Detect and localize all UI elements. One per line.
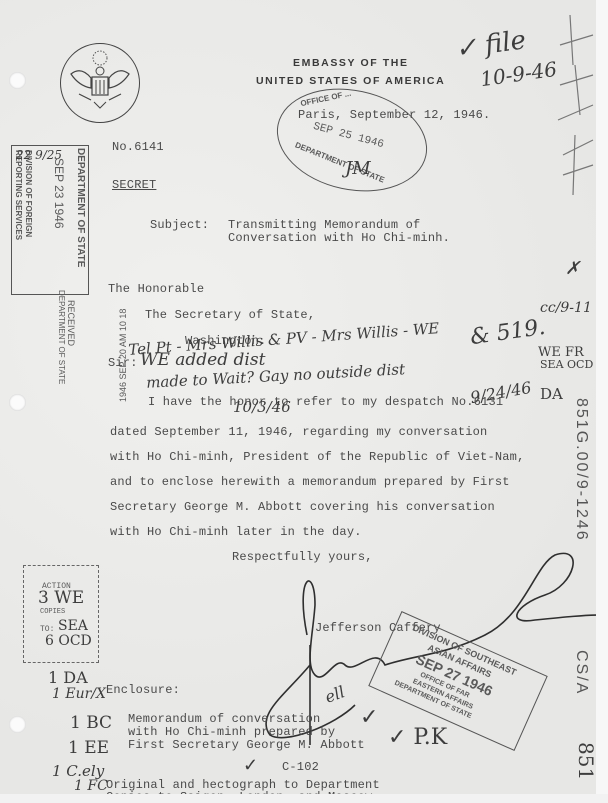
- enclosure-line3: First Secretary George M. Abbott: [128, 738, 365, 752]
- addressee-line1: The Honorable: [108, 282, 204, 296]
- letterhead-line2: UNITED STATES OF AMERICA: [256, 75, 445, 87]
- frs-line1: DIVISION OF FOREIGN: [24, 150, 33, 237]
- handwritten-dist-6: 1 FC: [74, 778, 108, 794]
- salutation: Sir:: [108, 356, 138, 370]
- subject-label: Subject:: [150, 218, 209, 232]
- document-page: EMBASSY OF THE UNITED STATES OF AMERICA …: [0, 0, 596, 794]
- handwritten-side-mark: 851: [574, 742, 596, 780]
- body-line-3: with Ho Chi-minh, President of the Repub…: [110, 450, 524, 464]
- punch-hole-top: [9, 72, 26, 89]
- handwritten-action-ocd: 6 OCD: [45, 633, 92, 649]
- handwritten-action-sea: SEA: [58, 618, 88, 634]
- letterhead-line1: EMBASSY OF THE: [293, 57, 409, 69]
- frs-date: SEP 23 1946: [52, 158, 66, 229]
- frs-line2: REPORTING SERVICES: [14, 150, 23, 240]
- margin-scribble-top-right: [555, 5, 595, 195]
- handwritten-file-note: ✓ file: [453, 25, 528, 65]
- body-line-5: Secretary George M. Abbott covering his …: [110, 500, 495, 514]
- handwritten-dist-4: 1 EE: [68, 738, 109, 758]
- body-line-2: dated September 11, 1946, regarding my c…: [110, 425, 487, 439]
- great-seal-icon: [60, 43, 140, 123]
- enclosure-line1: Memorandum of conversation: [128, 712, 320, 726]
- body-line-1: I have the honor to refer to my despatch…: [148, 395, 503, 409]
- punch-hole-middle: [9, 394, 26, 411]
- received-stamp-line2: DEPARTMENT OF STATE: [57, 290, 66, 384]
- handwritten-date-1: 10/3/46: [233, 398, 291, 416]
- enclosure-label: Enclosure:: [106, 683, 180, 697]
- handwritten-frs-initials: 22 9/25: [16, 148, 62, 162]
- enclosure-line2: with Ho Chi-minh prepared by: [128, 725, 335, 739]
- subject-line2: Conversation with Ho Chi-minh.: [228, 231, 450, 245]
- handwritten-checkmark: ✓: [360, 705, 378, 730]
- side-code: CS/A: [572, 650, 590, 695]
- despatch-number: No.6141: [112, 140, 164, 154]
- handwritten-vpk: ✓ P.K: [388, 725, 447, 750]
- subject-line1: Transmitting Memorandum of: [228, 218, 420, 232]
- handwritten-dist-1: 1 DA: [48, 668, 88, 687]
- scan-right-edge: [596, 0, 608, 803]
- file-code: C-102: [282, 760, 319, 774]
- handwritten-dist-2: 1 Eur/X: [52, 686, 106, 702]
- punch-hole-bottom: [9, 716, 26, 733]
- copies-label: COPIES: [40, 608, 65, 616]
- handwritten-num-519: & 519.: [469, 315, 547, 350]
- body-line-4: and to enclose herewith a memorandum pre…: [110, 475, 510, 489]
- handwritten-da: DA: [540, 385, 563, 403]
- received-stamp-line1: RECEIVED: [66, 300, 76, 346]
- frs-title: DEPARTMENT OF STATE: [75, 148, 86, 267]
- place-date: Paris, September 12, 1946.: [298, 108, 490, 122]
- handwritten-added-dist: WE added dist: [140, 350, 265, 370]
- body-line-6: with Ho Chi-minh later in the day.: [110, 525, 362, 539]
- classification-label: SECRET: [112, 178, 156, 192]
- handwritten-action-we: 3 WE: [38, 588, 84, 608]
- handwritten-file-date: 10-9-46: [479, 57, 559, 92]
- side-file-number: 851G.00/9-1246: [572, 398, 590, 542]
- handwritten-cc-note: cc/9-11: [540, 300, 592, 316]
- handwritten-checkmark-2: ✓: [243, 755, 258, 776]
- handwritten-sea-ocd: SEA OCD: [540, 358, 593, 371]
- addressee-line2: The Secretary of State,: [145, 308, 315, 322]
- handwritten-dist-3: 1 BC: [70, 713, 112, 733]
- handwritten-stamp-initials: JM: [345, 158, 371, 179]
- handwritten-x-mark: ✗: [565, 258, 580, 279]
- scan-bottom-edge: [0, 794, 608, 803]
